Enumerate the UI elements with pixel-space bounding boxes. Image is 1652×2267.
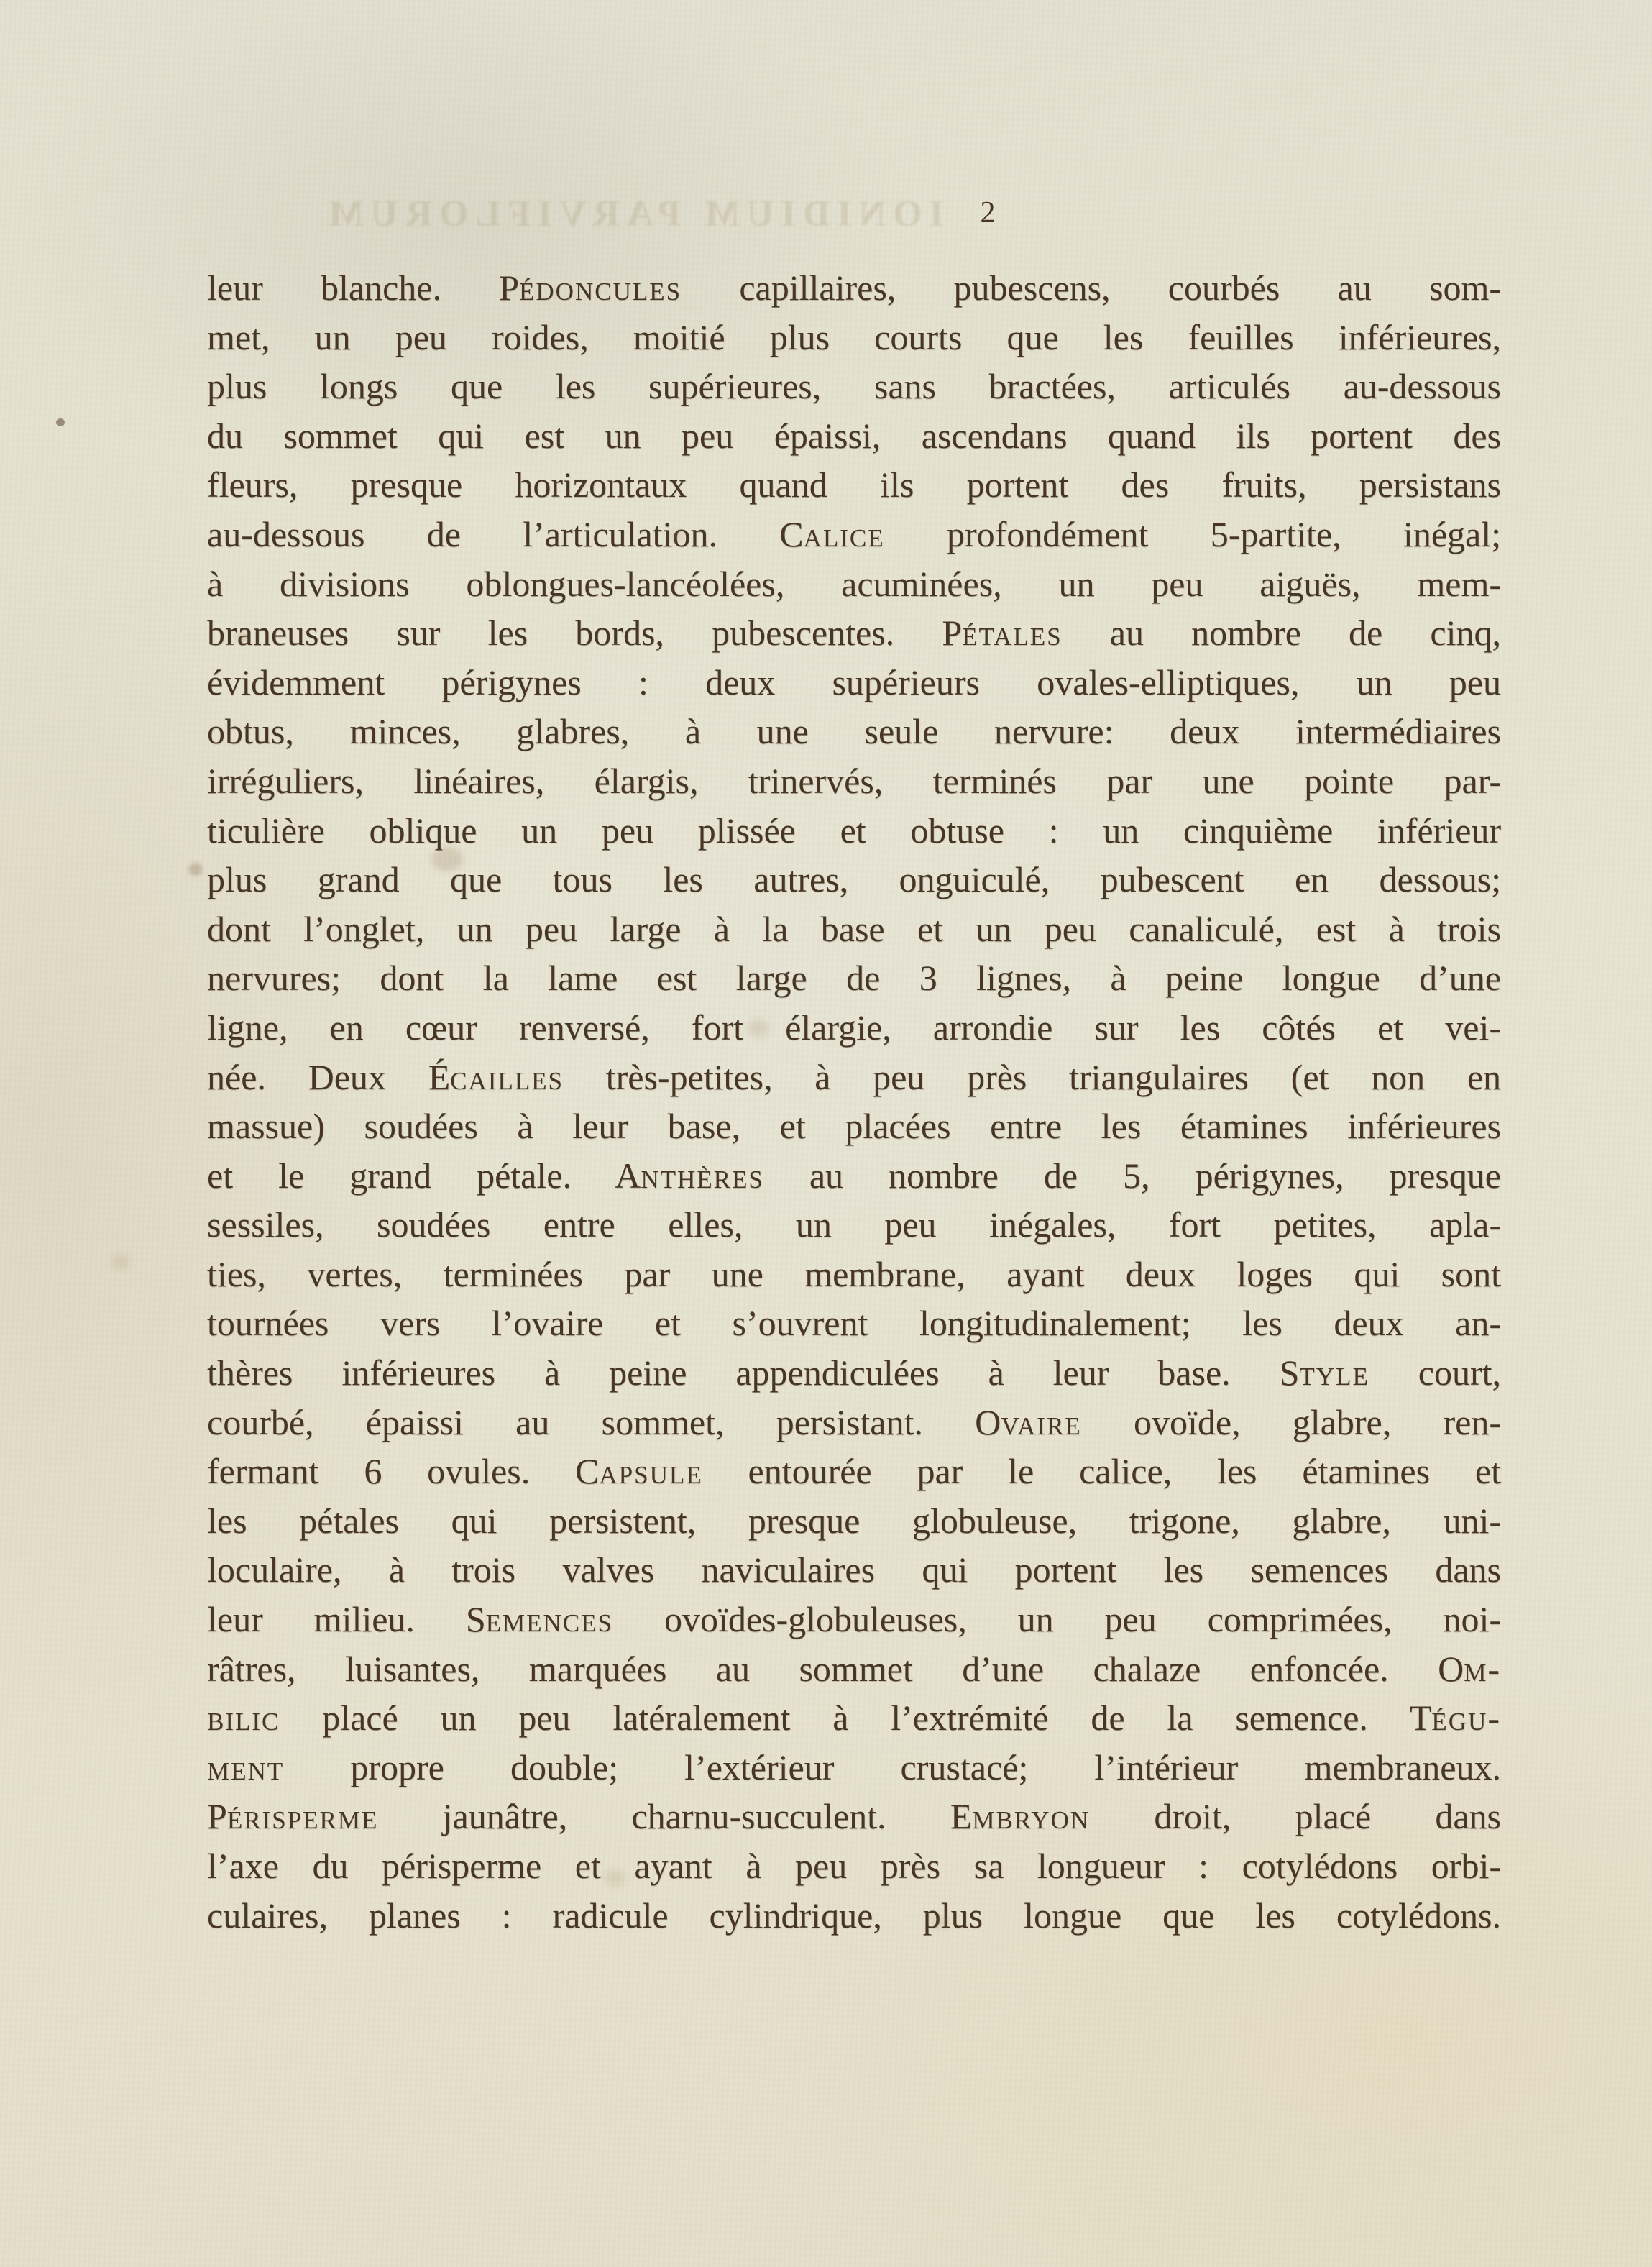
text-line: râtres, luisantes, marquées au sommet d’… (207, 1644, 1501, 1694)
text-line: sessiles, soudées entre elles, un peu in… (207, 1200, 1501, 1250)
text-line: courbé, épaissi au sommet, persistant. O… (207, 1398, 1501, 1447)
text-line: leur milieu. Semences ovoïdes-globuleuse… (207, 1595, 1501, 1644)
page-number: 2 (962, 196, 1014, 230)
text-line: ment propre double; l’extérieur crustacé… (207, 1743, 1501, 1792)
text-line: tournées vers l’ovaire et s’ouvrent long… (207, 1299, 1501, 1348)
text-line: à divisions oblongues-lancéolées, acumin… (207, 559, 1501, 609)
text-line: ties, vertes, terminées par une membrane… (207, 1250, 1501, 1299)
text-line: braneuses sur les bords, pubescentes. Pé… (207, 608, 1501, 658)
text-line: irréguliers, linéaires, élargis, trinerv… (207, 756, 1501, 806)
text-line: fleurs, presque horizontaux quand ils po… (207, 460, 1501, 510)
text-line: l’axe du périsperme et ayant à peu près … (207, 1841, 1501, 1891)
text-line: obtus, minces, glabres, à une seule nerv… (207, 707, 1501, 756)
text-line: massue) soudées à leur base, et placées … (207, 1102, 1501, 1151)
showthrough-heading: IONIDIUM PARVIFLORUM (288, 193, 978, 235)
text-line: évidemment périgynes : deux supérieurs o… (207, 658, 1501, 707)
text-line: au-dessous de l’articulation. Calice pro… (207, 510, 1501, 559)
text-line: les pétales qui persistent, presque glob… (207, 1496, 1501, 1546)
text-line: Périsperme jaunâtre, charnu-succulent. E… (207, 1792, 1501, 1841)
text-line: du sommet qui est un peu épaissi, ascend… (207, 411, 1501, 461)
body-text-block: leur blanche. Pédoncules capillaires, pu… (207, 263, 1501, 1940)
text-line: née. Deux Écailles très-petites, à peu p… (207, 1053, 1501, 1102)
text-line: et le grand pétale. Anthères au nombre d… (207, 1151, 1501, 1201)
text-line: nervures; dont la lame est large de 3 li… (207, 953, 1501, 1003)
text-line: loculaire, à trois valves naviculaires q… (207, 1545, 1501, 1595)
text-line: ligne, en cœur renversé, fort élargie, a… (207, 1003, 1501, 1053)
text-line: plus longs que les supérieures, sans bra… (207, 362, 1501, 411)
text-line: ticulière oblique un peu plissée et obtu… (207, 806, 1501, 856)
text-line: dont l’onglet, un peu large à la base et… (207, 904, 1501, 954)
text-line: bilic placé un peu latéralement à l’extr… (207, 1693, 1501, 1743)
text-line: fermant 6 ovules. Capsule entourée par l… (207, 1447, 1501, 1496)
text-line: leur blanche. Pédoncules capillaires, pu… (207, 263, 1501, 313)
text-line: plus grand que tous les autres, onguicul… (207, 855, 1501, 904)
text-line: met, un peu roides, moitié plus courts q… (207, 313, 1501, 362)
text-line: culaires, planes : radicule cylindrique,… (207, 1891, 1501, 1941)
text-line: thères inférieures à peine appendiculées… (207, 1348, 1501, 1398)
